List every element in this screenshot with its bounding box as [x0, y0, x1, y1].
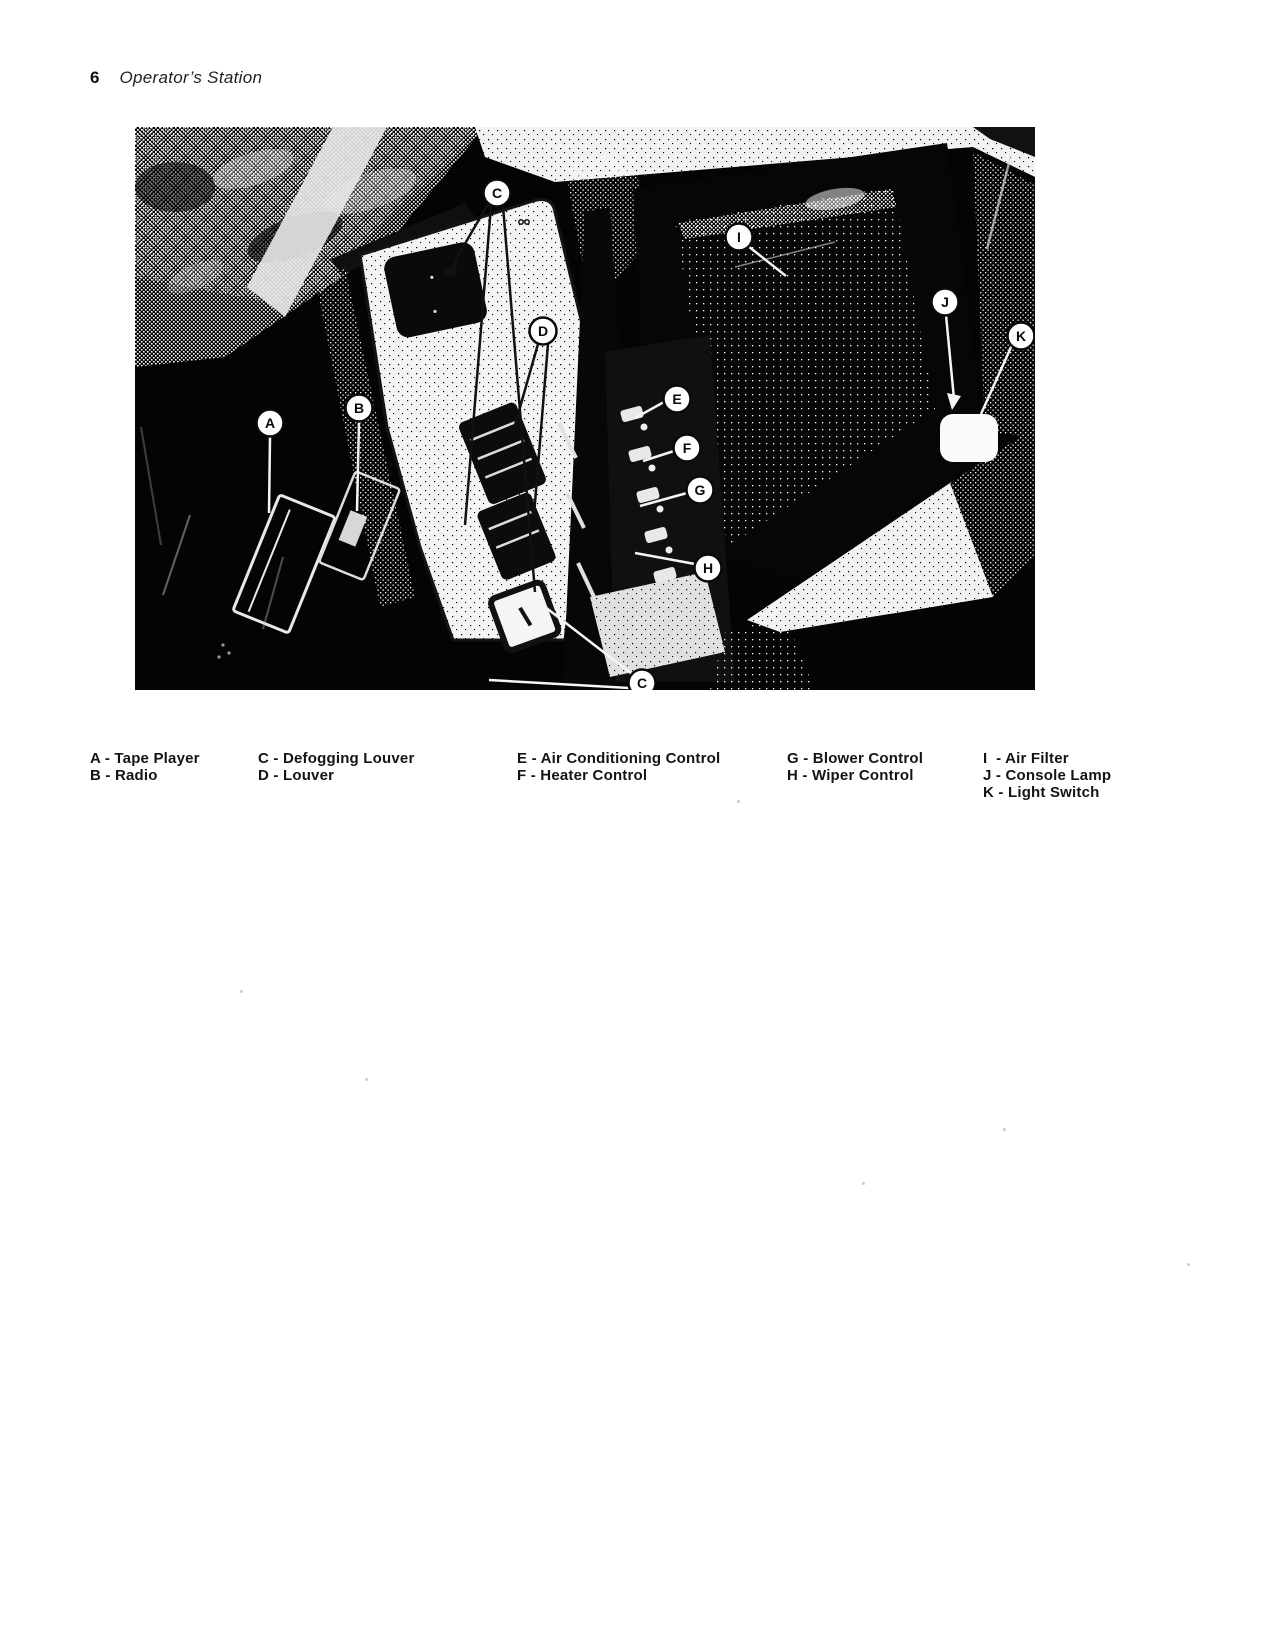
- speck: [1187, 1263, 1190, 1266]
- legend-entry-e: E - Air Conditioning Control: [517, 750, 720, 767]
- speck: [1003, 1128, 1006, 1131]
- legend-entry-j: J - Console Lamp: [983, 767, 1111, 784]
- legend-column-3: E - Air Conditioning Control F - Heater …: [517, 750, 720, 784]
- manual-page: 6Operator’s Station: [0, 0, 1275, 1650]
- callout-a: A: [257, 410, 284, 437]
- svg-text:A: A: [265, 415, 275, 431]
- callout-e: E: [664, 386, 691, 413]
- svg-text:G: G: [695, 482, 706, 498]
- legend-entry-a: A - Tape Player: [90, 750, 200, 767]
- callout-d: D: [530, 318, 557, 345]
- page-number: 6: [90, 68, 99, 87]
- legend-column-2: C - Defogging Louver D - Louver: [258, 750, 415, 784]
- legend-entry-i: I - Air Filter: [983, 750, 1111, 767]
- leader-a: [269, 437, 270, 513]
- speck: [862, 1182, 865, 1185]
- page-title: Operator’s Station: [119, 68, 262, 87]
- svg-text:K: K: [1016, 328, 1026, 344]
- svg-text:C: C: [492, 185, 502, 201]
- legend-entry-k: K - Light Switch: [983, 784, 1111, 801]
- photo-legend: A - Tape Player B - Radio C - Defogging …: [0, 750, 1275, 820]
- callout-f: F: [674, 435, 701, 462]
- legend-entry-g: G - Blower Control: [787, 750, 923, 767]
- legend-entry-b: B - Radio: [90, 767, 200, 784]
- legend-column-4: G - Blower Control H - Wiper Control: [787, 750, 923, 784]
- svg-text:F: F: [683, 440, 692, 456]
- callout-j: J: [932, 289, 959, 316]
- svg-text:D: D: [538, 323, 548, 339]
- callout-h: H: [695, 555, 722, 582]
- svg-text:E: E: [672, 391, 681, 407]
- photo-canvas: A B C D E: [135, 127, 1035, 690]
- callout-k: K: [1008, 323, 1035, 350]
- legend-entry-h: H - Wiper Control: [787, 767, 923, 784]
- legend-entry-d: D - Louver: [258, 767, 415, 784]
- page-header: 6Operator’s Station: [90, 68, 262, 88]
- callout-c-bottom: C: [629, 670, 656, 691]
- svg-text:H: H: [703, 560, 713, 576]
- speck: [365, 1078, 368, 1081]
- legend-column-5: I - Air Filter J - Console Lamp K - Ligh…: [983, 750, 1111, 801]
- svg-text:B: B: [354, 400, 364, 416]
- callout-g: G: [687, 477, 714, 504]
- svg-text:I: I: [737, 229, 741, 245]
- svg-text:C: C: [637, 675, 647, 690]
- svg-text:J: J: [941, 294, 949, 310]
- operator-station-photo: A B C D E: [135, 127, 1035, 690]
- callout-i: I: [726, 224, 753, 251]
- legend-entry-c: C - Defogging Louver: [258, 750, 415, 767]
- legend-entry-f: F - Heater Control: [517, 767, 720, 784]
- speck: [240, 990, 243, 993]
- legend-column-1: A - Tape Player B - Radio: [90, 750, 200, 784]
- callout-c-top: C: [484, 180, 511, 207]
- callout-b: B: [346, 395, 373, 422]
- speck: [737, 800, 740, 803]
- control-panel: [590, 335, 735, 682]
- console-lamp: [940, 414, 998, 462]
